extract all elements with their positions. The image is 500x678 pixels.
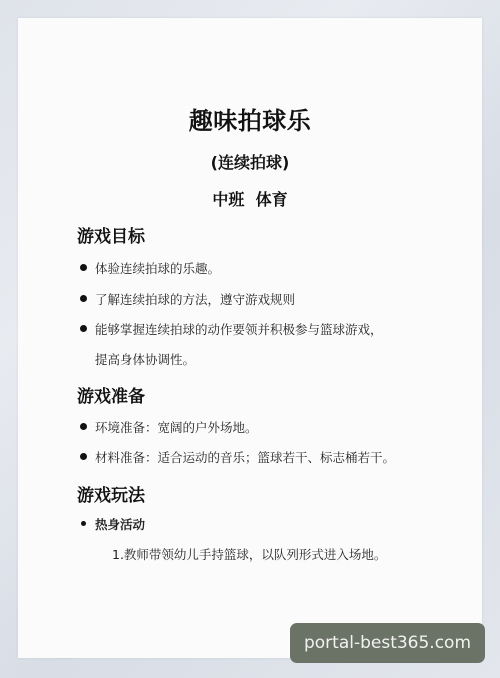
document-title: 趣味拍球乐 xyxy=(0,101,500,136)
bullet-icon xyxy=(80,453,87,460)
section-heading-goals: 游戏目标 xyxy=(77,222,145,247)
bullet-icon xyxy=(80,325,87,332)
goal-item: 体验连续拍球的乐趣。 xyxy=(95,259,220,277)
goal-item-continuation: 提高身体协调性。 xyxy=(95,350,195,368)
section-heading-preparation: 游戏准备 xyxy=(77,382,145,407)
watermark-badge: portal-best365.com xyxy=(290,623,485,663)
bullet-icon xyxy=(80,264,87,271)
bullet-icon xyxy=(80,295,87,302)
gameplay-subheading: 热身活动 xyxy=(95,515,145,533)
goal-item: 能够掌握连续拍球的动作要领并积极参与篮球游戏， xyxy=(95,320,383,338)
bullet-icon xyxy=(80,423,87,430)
document-subtitle: (连续拍球) xyxy=(0,150,500,173)
goal-item: 了解连续拍球的方法，遵守游戏规则 xyxy=(95,290,295,308)
preparation-item: 材料准备：适合运动的音乐；篮球若干、标志桶若干。 xyxy=(95,448,395,466)
preparation-item: 环境准备：宽阔的户外场地。 xyxy=(95,418,258,436)
section-heading-gameplay: 游戏玩法 xyxy=(77,481,145,506)
gameplay-step: 1.教师带领幼儿手持篮球，以队列形式进入场地。 xyxy=(112,545,386,563)
grade-subject: 中班 体育 xyxy=(0,187,500,210)
bullet-icon xyxy=(81,521,86,526)
